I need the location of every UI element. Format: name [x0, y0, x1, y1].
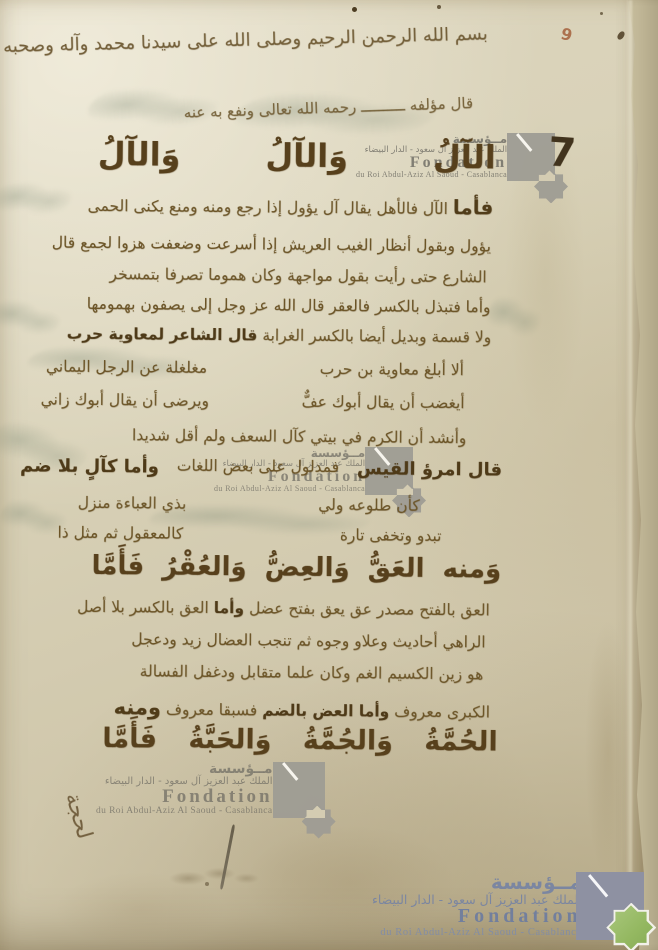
watermark-arabic-name: مــؤسسة [372, 872, 582, 893]
manuscript-text-segment: هو زين الكسيم الغم وكان علما متقابل ودغف… [140, 662, 484, 683]
manuscript-text-segment: ولا قسمة وبديل أيضا بالكسر الغرابة [262, 326, 491, 346]
manuscript-text-segment: قال مؤلفه ــــــــــ رحمه الله تعالى ونف… [183, 94, 473, 122]
hemistich: ألا أبلغ معاوية بن حرب [320, 360, 464, 381]
manuscript-text-segment: يؤول وبقول أنظار الغيب العريش إذا أسرعت … [52, 234, 491, 256]
manuscript-line: هو زين الكسيم الغم وكان علما متقابل ودغف… [33, 661, 483, 684]
manuscript-text-segment: العق بالفتح مصدر عق يعق بفتح عضل [249, 599, 490, 619]
watermark-latin-subtitle: du Roi Abdul-Aziz Al Saoud - Casablanca [372, 927, 582, 938]
verse-line: كأن طلوعه ولي بذي العباءة منزل [78, 494, 420, 516]
manuscript-text-segment: وأما فتبذل بالكسر فالعقر قال الله عز وجل… [87, 295, 491, 317]
manuscript-line: الكبرى معروف وأما العض بالضم فسبقا معروف… [28, 693, 490, 723]
verse-line: تبدو وتخفى تارة كالمعقول ثم مثل ذا [57, 524, 441, 547]
author-line: قال مؤلفه ــــــــــ رحمه الله تعالى ونف… [33, 94, 473, 127]
hemistich: كأن طلوعه ولي [318, 496, 420, 516]
watermark-latin-name: Fondation [372, 906, 582, 927]
manuscript-text-segment: وأما [214, 599, 245, 617]
manuscript-text-segment: الحُمَّةُ وَالجُمَّةُ وَالحَبَّةُ فَأَمَ… [102, 723, 498, 757]
foundation-watermark-color: مــؤسسة الملك عبد العزيز آل سعود - الدار… [372, 872, 644, 940]
manuscript-text-segment: وأنشد أن الكرم في بيتي كآل السعف ولم أقل… [132, 426, 467, 447]
watermark-text: مــؤسسة الملك عبد العزيز آل سعود - الدار… [372, 872, 582, 938]
hemistich: كالمعقول ثم مثل ذا [57, 524, 183, 544]
manuscript-line: الشارع حتى رأيت بقول مواجهة وكان هموما ت… [35, 264, 487, 287]
manuscript-line: الراهي أحاديث وعلاو وجوه ثم تنجب العضال … [33, 629, 485, 652]
hemistich: مغلغلة عن الرجل اليماني [46, 358, 207, 379]
manuscript-text-segment: قال الشاعر لمعاوية حرب [67, 325, 258, 345]
manuscript-text-segment: فأما [453, 195, 494, 219]
hemistich: تبدو وتخفى تارة [340, 526, 442, 546]
manuscript-text-segment: وأما العض بالضم [262, 701, 389, 720]
hemistich: ويرضى أن يقال أبوك زاني [41, 390, 210, 411]
chapter-heading: وَمنه العَقُّ وَالعِضُّ وَالعُقْرُ فَأَم… [29, 549, 501, 586]
star-icon [609, 905, 653, 949]
faint-squiggle [170, 864, 260, 888]
chapter-heading: الآلُ وَالآلُ وَالآلُ [98, 134, 496, 177]
manuscript-line: فأما الآل فالأهل يقال آل يؤول إذا رجع وم… [35, 191, 493, 220]
manuscript-text-segment: بسم الله الرحمن الرحيم وصلى الله على سيد… [3, 23, 488, 57]
manuscript-text-segment: الآل فالأهل يقال آل يؤول إذا رجع ومنه وم… [88, 197, 448, 218]
hemistich: أيغضب أن يقال أبوك عفٌّ [302, 393, 465, 414]
manuscript-text-segment: الشارع حتى رأيت بقول مواجهة وكان هموما ت… [109, 265, 486, 286]
manuscript-text-segment: ومنه [114, 695, 162, 719]
manuscript-text-segment: الراهي أحاديث وعلاو وجوه ثم تنجب العضال … [131, 630, 485, 651]
manuscript-line: وأنشد أن الكرم في بيتي كآل السعف ولم أقل… [38, 425, 466, 448]
manuscript-line: العق بالفتح مصدر عق يعق بفتح عضل وأما ال… [32, 597, 490, 620]
basmala-line: بسم الله الرحمن الرحيم وصلى الله على سيد… [30, 23, 488, 57]
manuscript-line: وأما فتبذل بالكسر فالعقر قال الله عز وجل… [34, 294, 490, 317]
manuscript-text-segment: وَمنه العَقُّ وَالعِضُّ وَالعُقْرُ فَأَم… [91, 551, 501, 585]
manuscript-text-segment: قال امرؤ القيس [357, 458, 502, 482]
hemistich: بذي العباءة منزل [78, 494, 187, 514]
manuscript-text-segment: فسبقا معروف [166, 701, 257, 720]
manuscript-text-segment: الكبرى معروف [394, 703, 490, 722]
foundation-logo-icon [576, 872, 644, 940]
chapter-heading: الحُمَّةُ وَالجُمَّةُ وَالحَبَّةُ فَأَمَ… [28, 721, 498, 759]
folio-number: 7 [546, 129, 577, 177]
manuscript-line: قال امرؤ القيس فمدلول على بعض اللغات وأم… [20, 455, 502, 482]
manuscript-line: يؤول وبقول أنظار الغيب العريش إذا أسرعت … [35, 233, 491, 256]
manuscript-text-segment: الآلُ [433, 137, 496, 178]
manuscript-text-segment: وَالآلُ [98, 134, 181, 175]
manuscript-text-segment: فمدلول على بعض اللغات [177, 457, 340, 481]
manuscript-scan: 9 7 بسم الله الرحمن الرحيم وصلى الله على… [0, 0, 658, 950]
verse-line: ألا أبلغ معاوية بن حرب مغلغلة عن الرجل ا… [46, 358, 464, 381]
manuscript-text-segment: وأما كآلٍ بلا ضم [20, 455, 159, 479]
manuscript-text-segment: وَالآلُ [265, 135, 348, 176]
verse-line: أيغضب أن يقال أبوك عفٌّ ويرضى أن يقال أب… [41, 390, 465, 413]
manuscript-text-segment: العق بالكسر بلا أصل [77, 598, 209, 617]
manuscript-line: ولا قسمة وبديل أيضا بالكسر الغرابة قال ا… [29, 324, 491, 347]
